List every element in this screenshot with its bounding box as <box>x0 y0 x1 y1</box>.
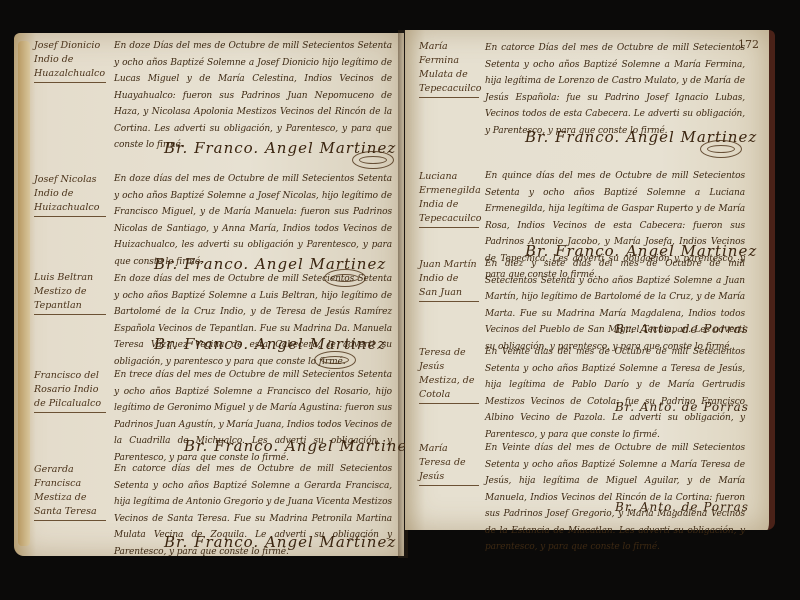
page-edge <box>18 41 30 546</box>
margin-note: Luis Beltran Mestizo de Tepantlan <box>34 271 106 315</box>
signature-rubric-icon <box>352 151 394 169</box>
signature: Br. Anto. de Porras <box>615 400 749 414</box>
signature-rubric-icon <box>700 140 742 158</box>
signature: Br. Anto. de Porras <box>615 500 749 514</box>
signature: Br. Anto. de Porras <box>615 322 749 336</box>
entry-text: En doze Días del mes de Octubre de mill … <box>114 38 392 154</box>
open-register-book: Josef Dionicio Indio de Huazalchualco En… <box>14 30 774 558</box>
margin-note: Luciana Ermenegilda India de Tepecacuilc… <box>419 170 479 228</box>
right-page: 172 María Fermina Mulata de Tepecacuilco… <box>405 30 775 530</box>
left-page: Josef Dionicio Indio de Huazalchualco En… <box>14 33 404 556</box>
signature: Br. Franco. Angel Martinez <box>184 437 416 455</box>
margin-note: María Fermina Mulata de Tepecacuilco <box>419 40 479 98</box>
margin-note: Josef Dionicio Indio de Huazalchualco <box>34 39 106 83</box>
entry-text: En catorce Días del mes de Octubre de mi… <box>485 40 745 139</box>
entry-text: En Veinte días del mes de Octubre de mil… <box>485 344 745 443</box>
entry-text: En diez y siete días del mes de Octubre … <box>485 256 745 355</box>
margin-note: Josef Nicolas Indio de Huizachualco <box>34 173 106 217</box>
margin-note: Francisco del Rosario Indio de Pilcalual… <box>34 369 106 413</box>
entry-text: En Veinte días del mes de Octubre de mil… <box>485 440 745 556</box>
margin-note: Teresa de Jesús Mestiza, de Cotola <box>419 346 479 404</box>
margin-note: Juan Martín Indio de San Juan <box>419 258 479 302</box>
margin-note: María Teresa de Jesús <box>419 442 479 486</box>
signature: Br. Franco. Angel Martinez <box>164 533 396 551</box>
signature: Br. Franco. Angel Martinez <box>154 335 386 353</box>
margin-note: Gerarda Francisca Mestiza de Santa Teres… <box>34 463 106 521</box>
